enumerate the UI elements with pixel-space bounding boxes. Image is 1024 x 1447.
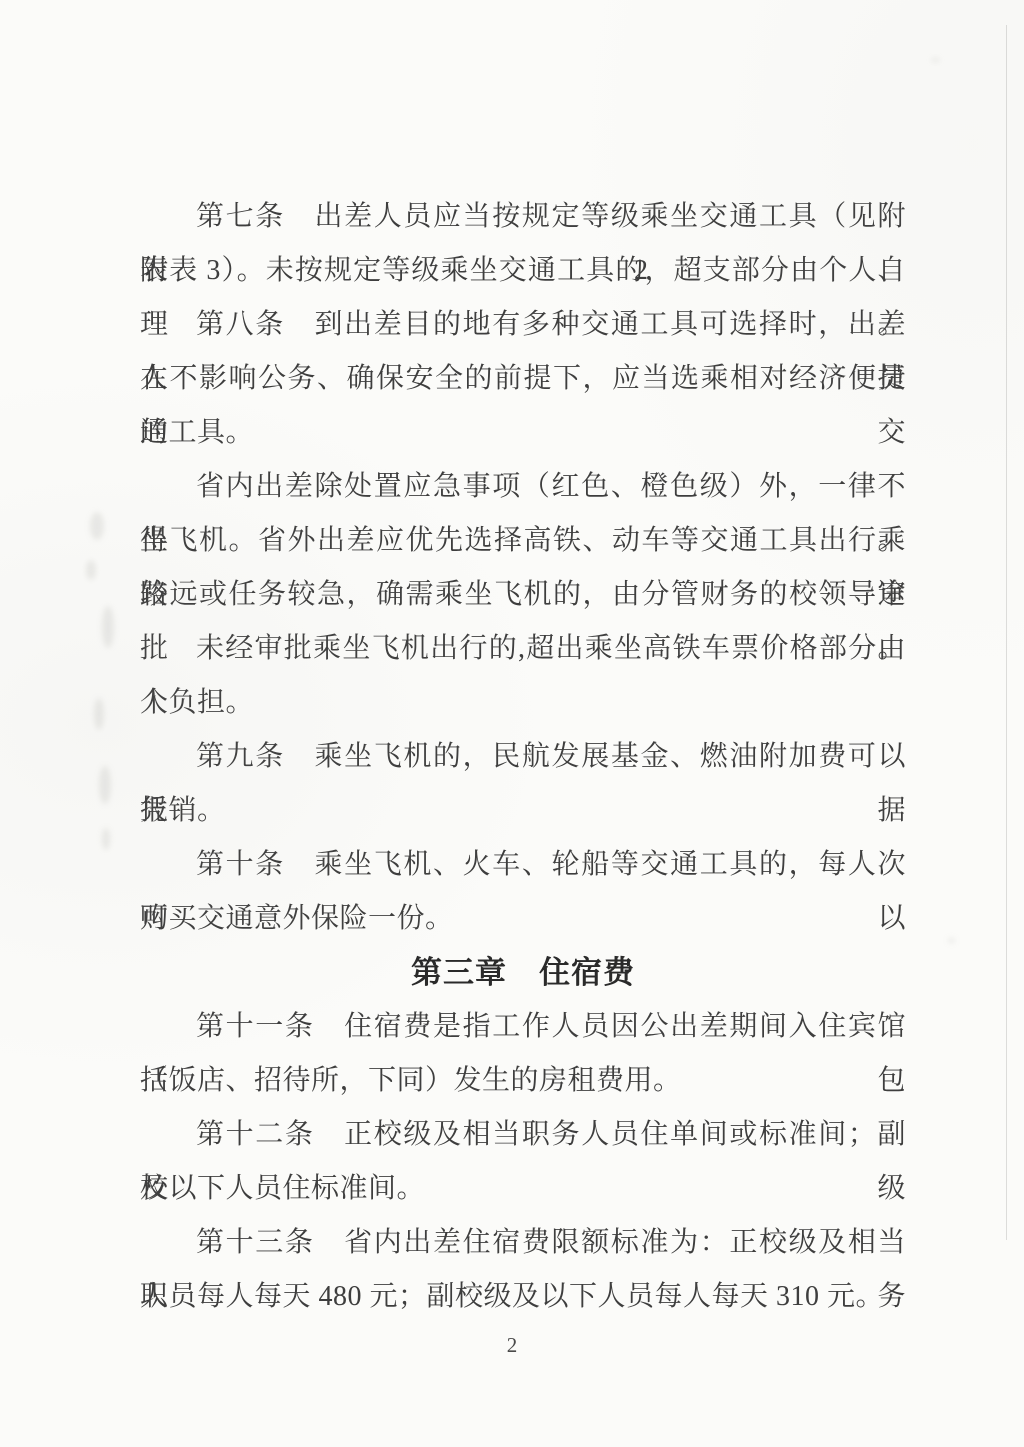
text-line: 省内出差除处置应急事项（红色、橙色级）外，一律不得乘 — [140, 460, 906, 514]
text-line: 人负担。 — [140, 676, 906, 730]
scanned-document-page: 第七条 出差人员应当按规定等级乘坐交通工具（见附表 2、附表 3）。未按规定等级… — [0, 0, 1024, 1447]
document-body: 第七条 出差人员应当按规定等级乘坐交通工具（见附表 2、附表 3）。未按规定等级… — [140, 190, 906, 1324]
scan-edge-artifact — [1006, 25, 1007, 1240]
text-line: 坐飞机。省外出差应优先选择高铁、动车等交通工具出行。路途 — [140, 514, 906, 568]
text-line: 第十一条 住宿费是指工作人员因公出差期间入住宾馆（包 — [140, 1000, 906, 1054]
scan-smudge-artifact — [102, 606, 114, 648]
article-7: 第七条 出差人员应当按规定等级乘坐交通工具（见附表 2、附表 3）。未按规定等级… — [140, 190, 906, 298]
scan-speck-artifact — [931, 58, 940, 62]
text-line: 第八条 到出差目的地有多种交通工具可选择时，出差人员 — [140, 298, 906, 352]
text-line: 未经审批乘坐飞机出行的,超出乘坐高铁车票价格部分由个 — [140, 622, 906, 676]
text-line: 第十条 乘坐飞机、火车、轮船等交通工具的，每人次可以 — [140, 838, 906, 892]
page-number: 2 — [0, 1333, 1024, 1358]
text-line: 人员每人每天 480 元；副校级及以下人员每人每天 310 元。 — [140, 1270, 906, 1324]
text-line: 第十三条 省内出差住宿费限额标准为：正校级及相当职务 — [140, 1216, 906, 1270]
province-air-travel-rule: 省内出差除处置应急事项（红色、橙色级）外，一律不得乘坐飞机。省外出差应优先选择高… — [140, 460, 906, 622]
text-line: 第七条 出差人员应当按规定等级乘坐交通工具（见附表 2、 — [140, 190, 906, 244]
unapproved-flight-rule: 未经审批乘坐飞机出行的,超出乘坐高铁车票价格部分由个人负担。 — [140, 622, 906, 730]
scan-smudge-artifact — [94, 698, 104, 730]
text-line: 较远或任务较急，确需乘坐飞机的，由分管财务的校领导审批。 — [140, 568, 906, 622]
scan-smudge-artifact — [90, 512, 104, 540]
text-line: 附表 3）。未按规定等级乘坐交通工具的，超支部分由个人自理。 — [140, 244, 906, 298]
text-line: 第九条 乘坐飞机的，民航发展基金、燃油附加费可以凭据 — [140, 730, 906, 784]
article-10: 第十条 乘坐飞机、火车、轮船等交通工具的，每人次可以购买交通意外保险一份。 — [140, 838, 906, 946]
scan-smudge-artifact — [99, 766, 111, 804]
article-11: 第十一条 住宿费是指工作人员因公出差期间入住宾馆（包括饭店、招待所，下同）发生的… — [140, 1000, 906, 1108]
text-line: 第三章 住宿费 — [140, 946, 906, 1000]
scan-smudge-artifact — [86, 560, 96, 580]
article-8: 第八条 到出差目的地有多种交通工具可选择时，出差人员在不影响公务、确保安全的前提… — [140, 298, 906, 460]
scan-speck-artifact — [948, 938, 955, 943]
chapter-3-heading: 第三章 住宿费 — [140, 946, 906, 1000]
scan-smudge-artifact — [102, 828, 110, 850]
article-9: 第九条 乘坐飞机的，民航发展基金、燃油附加费可以凭据报销。 — [140, 730, 906, 838]
article-13: 第十三条 省内出差住宿费限额标准为：正校级及相当职务人员每人每天 480 元；副… — [140, 1216, 906, 1324]
text-line: 在不影响公务、确保安全的前提下，应当选乘相对经济便捷的交 — [140, 352, 906, 406]
article-12: 第十二条 正校级及相当职务人员住单间或标准间；副校级及以下人员住标准间。 — [140, 1108, 906, 1216]
text-line: 第十二条 正校级及相当职务人员住单间或标准间；副校级 — [140, 1108, 906, 1162]
